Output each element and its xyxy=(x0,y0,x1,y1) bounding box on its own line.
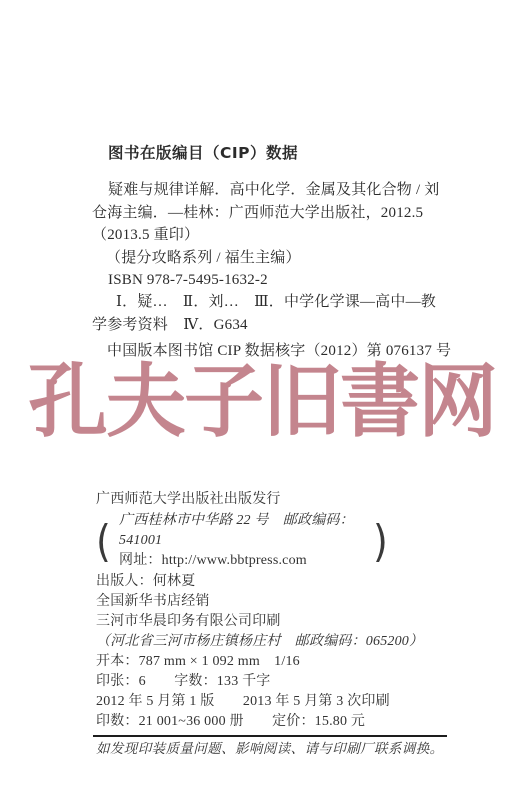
printer-line: 三河市华晨印务有限公司印刷 xyxy=(96,612,458,632)
cip-block: 图书在版编目（CIP）数据 疑难与规律详解．高中化学．金属及其化合物 / 刘 仓… xyxy=(92,142,460,363)
sheets-words-line: 印张：6 字数：133 千字 xyxy=(96,672,458,692)
quality-notice: 如发现印装质量问题、影响阅读、请与印刷厂联系调换。 xyxy=(96,740,458,758)
publisher-line: 广西师范大学出版社出版发行 xyxy=(96,490,458,510)
cip-heading: 图书在版编目（CIP）数据 xyxy=(108,142,460,164)
print-run-price-line: 印数：21 001~36 000 册 定价：15.80 元 xyxy=(96,712,458,732)
edition-line: 2012 年 5 月第 1 版 2013 年 5 月第 3 次印刷 xyxy=(96,692,458,712)
colophon-block: 广西师范大学出版社出版发行 ( 广西桂林市中华路 22 号 邮政编码：54100… xyxy=(96,490,458,758)
cip-entry-line3: （2013.5 重印） xyxy=(92,224,460,246)
publisher-person: 出版人：何林夏 xyxy=(96,572,458,592)
publisher-website: 网址：http://www.bbtpress.com xyxy=(119,551,373,571)
publisher-address-line1: 广西桂林市中华路 22 号 邮政编码：541001 xyxy=(119,511,373,551)
cip-entry: 疑难与规律详解．高中化学．金属及其化合物 / 刘 仓海主编．—桂林：广西师范大学… xyxy=(92,179,460,362)
printer-address: （河北省三河市杨庄镇杨庄村 邮政编码：065200） xyxy=(96,632,458,652)
distribution-line: 全国新华书店经销 xyxy=(96,592,458,612)
publisher-address-group: ( 广西桂林市中华路 22 号 邮政编码：541001 网址：http://ww… xyxy=(96,511,388,571)
cip-isbn: ISBN 978-7-5495-1632-2 xyxy=(92,269,460,291)
cip-entry-line2: 仓海主编．—桂林：广西师范大学出版社，2012.5 xyxy=(92,202,460,224)
kongfz-watermark: 孔夫子旧書网 xyxy=(28,354,514,448)
close-paren: ) xyxy=(373,518,388,564)
open-paren: ( xyxy=(96,518,111,564)
format-line: 开本：787 mm × 1 092 mm 1/16 xyxy=(96,652,458,672)
cip-classification-line1: Ⅰ．疑… Ⅱ．刘… Ⅲ．中学化学课—高中—教 xyxy=(92,291,460,313)
colophon-divider xyxy=(93,735,447,737)
cip-classification-line2: 学参考资料 Ⅳ．G634 xyxy=(92,314,460,336)
cip-entry-line1: 疑难与规律详解．高中化学．金属及其化合物 / 刘 xyxy=(92,179,460,201)
book-copyright-page: { "cip": { "heading": "图书在版编目（CIP）数据", "… xyxy=(0,0,518,800)
publisher-address: 广西桂林市中华路 22 号 邮政编码：541001 网址：http://www.… xyxy=(119,511,373,571)
cip-series-note: （提分攻略系列 / 福生主编） xyxy=(92,247,460,269)
